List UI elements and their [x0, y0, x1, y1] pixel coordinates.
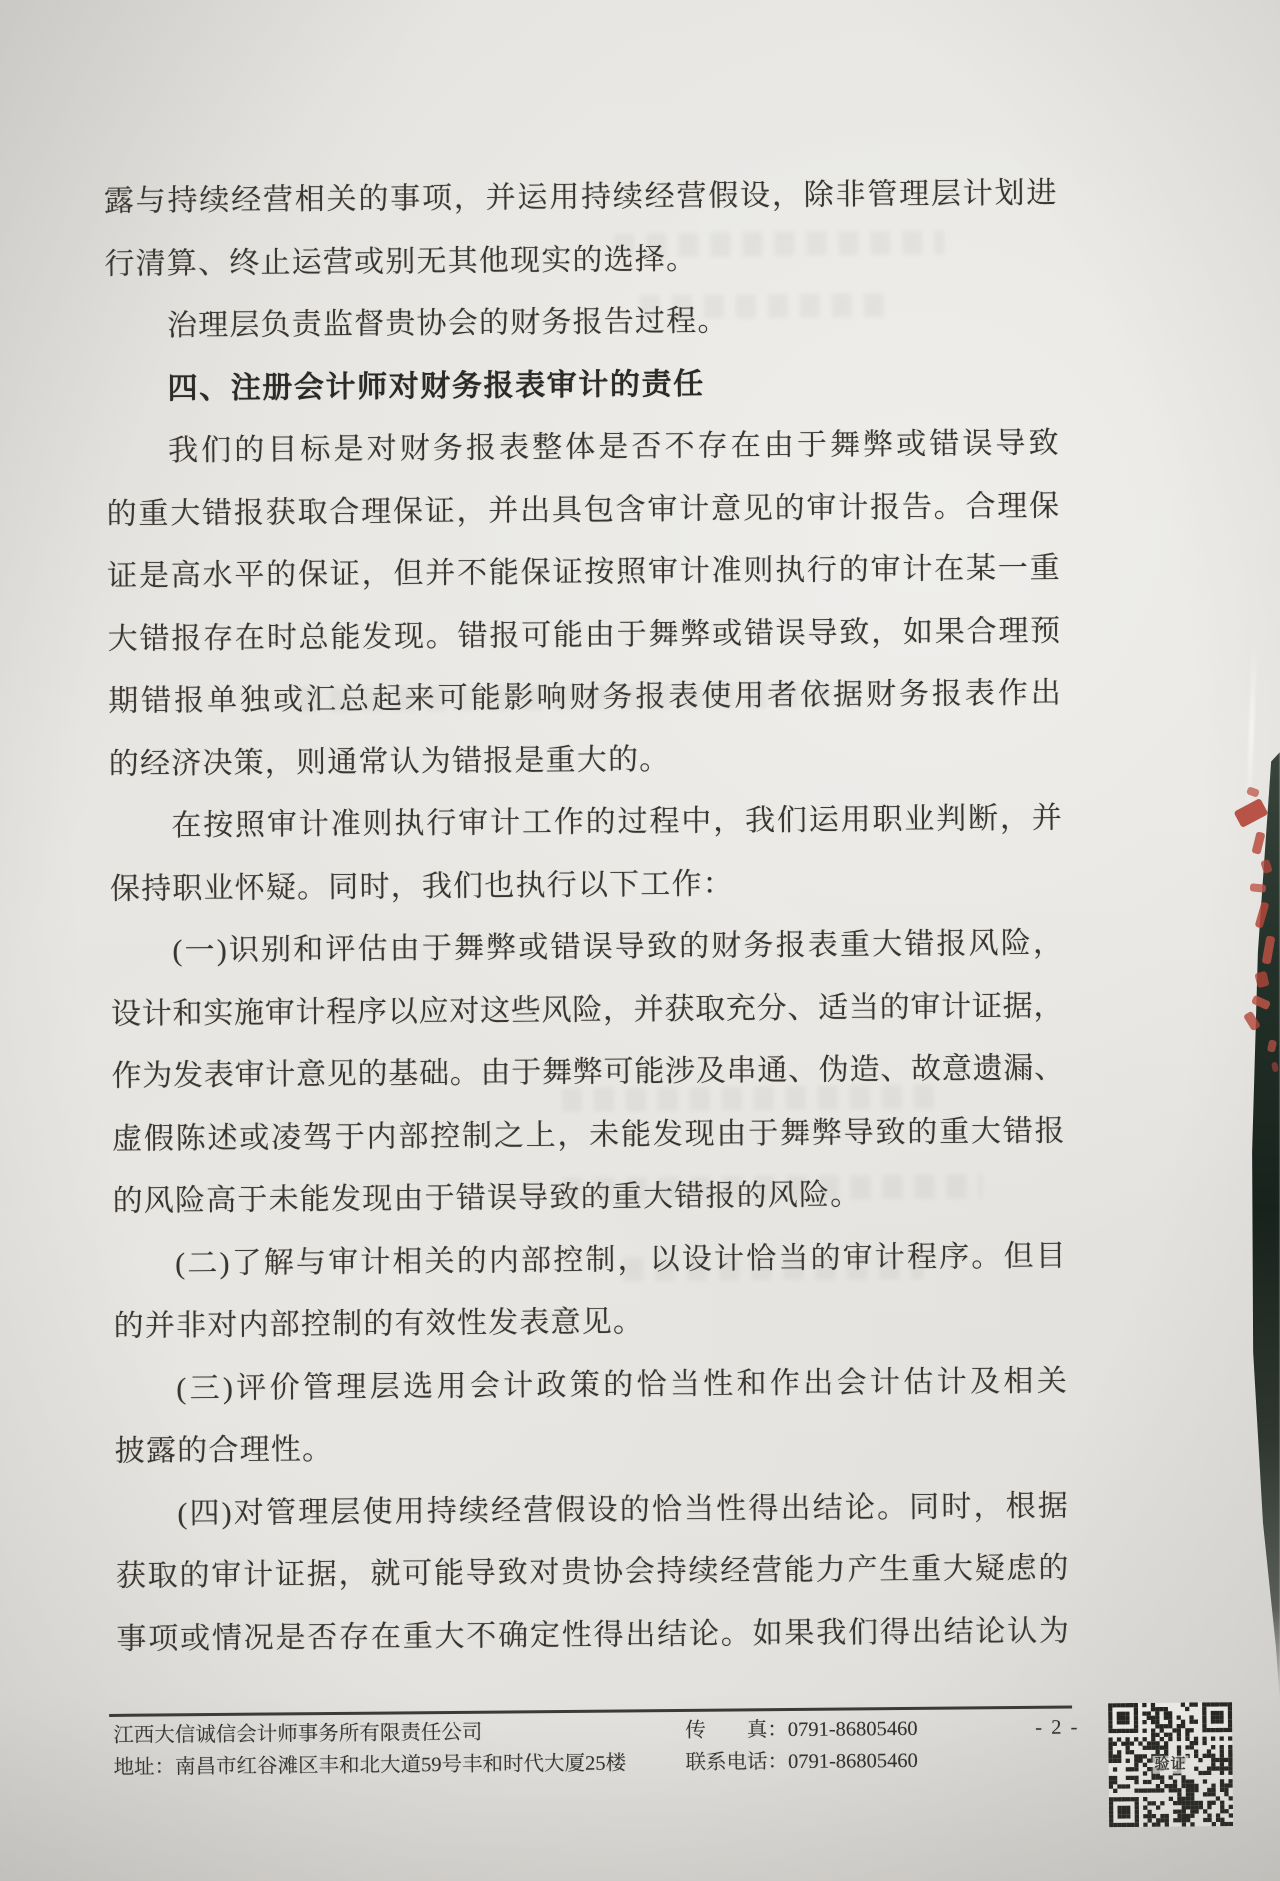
body-line: 治理层负责监督贵协会的财务报告过程。 — [105, 288, 1059, 359]
footer-rule — [109, 1706, 1072, 1717]
red-stamp-fragment — [1250, 883, 1267, 893]
body-line: 大错报存在时总能发现。错报可能由于舞弊或错误导致，如果合理预 — [107, 600, 1061, 671]
body-line: (二)了解与审计相关的内部控制，以设计恰当的审计程序。但目 — [113, 1225, 1067, 1296]
body-line: 我们的目标是对财务报表整体是否不存在由于舞弊或错误导致 — [106, 413, 1060, 484]
scanned-audit-report-page: 露与持续经营相关的事项，并运用持续经营假设，除非管理层计划进 行清算、终止运营或… — [0, 0, 1280, 1881]
qr-code: 验证 — [1108, 1702, 1233, 1827]
qr-center-label: 验证 — [1153, 1756, 1189, 1774]
body-line: 露与持续经营相关的事项，并运用持续经营假设，除非管理层计划进 — [104, 163, 1058, 234]
body-line: 的经济决策，则通常认为错报是重大的。 — [109, 725, 1063, 796]
document-body: 露与持续经营相关的事项，并运用持续经营假设，除非管理层计划进 行清算、终止运营或… — [104, 163, 1070, 1671]
body-line: (四)对管理层使用持续经营假设的恰当性得出结论。同时，根据 — [115, 1475, 1069, 1546]
body-line: 在按照审计准则执行审计工作的过程中，我们运用职业判断，并 — [109, 788, 1063, 859]
body-line: 的并非对内部控制的有效性发表意见。 — [113, 1288, 1067, 1359]
body-line: 披露的合理性。 — [115, 1413, 1069, 1484]
body-line: 证是高水平的保证，但并不能保证按照审计准则执行的审计在某一重 — [107, 538, 1061, 609]
footer-company-name: 江西大信诚信会计师事务所有限责任公司 — [113, 1719, 482, 1750]
body-line: 的风险高于未能发现由于错误导致的重大错报的风险。 — [112, 1163, 1066, 1234]
body-line: 作为发表审计意见的基础。由于舞弊可能涉及串通、伪造、故意遗漏、 — [111, 1038, 1065, 1109]
section-heading: 四、注册会计师对财务报表审计的责任 — [105, 350, 1059, 421]
footer-phone-number: 联系电话：0791-86805460 — [685, 1747, 918, 1777]
body-line: (一)识别和评估由于舞弊或错误导致的财务报表重大错报风险， — [110, 913, 1064, 984]
body-line: 设计和实施审计程序以应对这些风险，并获取充分、适当的审计证据， — [111, 975, 1065, 1046]
page-number: - 2 - — [1035, 1713, 1079, 1741]
body-line: 行清算、终止运营或别无其他现实的选择。 — [104, 225, 1058, 296]
body-line: (三)评价管理层选用会计政策的恰当性和作出会计估计及相关 — [114, 1350, 1068, 1421]
footer-address: 地址：南昌市红谷滩区丰和北大道59号丰和时代大厦25楼 — [113, 1749, 626, 1781]
body-line: 获取的审计证据，就可能导致对贵协会持续经营能力产生重大疑虑的 — [116, 1538, 1070, 1609]
paper-sheet: 露与持续经营相关的事项，并运用持续经营假设，除非管理层计划进 行清算、终止运营或… — [0, 0, 1280, 1881]
body-line: 保持职业怀疑。同时，我们也执行以下工作： — [110, 850, 1064, 921]
body-line: 事项或情况是否存在重大不确定性得出结论。如果我们得出结论认为 — [116, 1600, 1070, 1671]
body-line: 的重大错报获取合理保证，并出具包含审计意见的审计报告。合理保 — [106, 475, 1060, 546]
footer-fax-number: 传 真：0791-86805460 — [685, 1715, 918, 1745]
body-line: 期错报单独或汇总起来可能影响财务报表使用者依据财务报表作出 — [108, 663, 1062, 734]
body-line: 虚假陈述或凌驾于内部控制之上，未能发现由于舞弊导致的重大错报 — [112, 1100, 1066, 1171]
